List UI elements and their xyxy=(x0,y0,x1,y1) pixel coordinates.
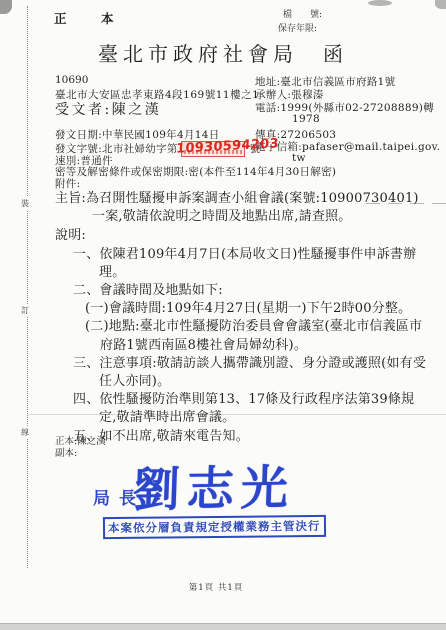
contact-phone: 電話:1999(外縣市02-27208889)轉 xyxy=(255,100,434,115)
item-text: 會議時間及地點如下: xyxy=(99,283,222,298)
doc-number-stamp: 10930594203 xyxy=(179,138,249,159)
item-text: 地點:臺北市性騷擾防治委員會會議室(臺北市信義區市府路1號西南區8樓社會局婦幼科… xyxy=(100,319,422,352)
scanned-letter-page: 裝 訂 線 正 本 檔 號: 保存年限: 臺北市政府社會局 函 10690 臺北… xyxy=(0,0,446,630)
file-number-label: 檔 號: xyxy=(283,7,322,20)
subject-label: 主旨: xyxy=(55,191,86,206)
list-item-5: 五、如不出席,敬請來電告知。 xyxy=(55,428,429,446)
letter-body: 主旨:為召開性騷擾申訴案調查小組會議(案號:10900730401)一案,敬請依… xyxy=(55,190,429,446)
item-label: 一、 xyxy=(73,247,99,262)
item-text: 如不出席,敬請來電告知。 xyxy=(99,429,249,444)
list-item-4: 四、依性騷擾防治準則第13、17條及行政程序法第39條規定,敬請準時出席會議。 xyxy=(55,391,429,427)
list-subitem-1: (一)會議時間:109年4月27日(星期一)下午2時00分整。 xyxy=(55,300,429,318)
retention-period-label: 保存年限: xyxy=(278,21,317,34)
attachment-label: 附件: xyxy=(55,176,80,191)
binding-mark-zhuang: 裝 xyxy=(21,197,29,210)
security-class: 密等及解密條件或保密期限:密(本件至114年4月30日解密) xyxy=(55,164,336,179)
contact-email: 電子信箱:pafaser@mail.taipei.gov. xyxy=(255,139,440,154)
contact-phone-continued: 1978 xyxy=(292,113,320,125)
distribution-copy: 副本: xyxy=(55,445,77,459)
scan-smudge xyxy=(0,0,12,14)
page-indicator: 第1頁 共1頁 xyxy=(0,581,432,593)
delegation-authority-stamp: 本案依分層負責規定授權業務主管決行 xyxy=(103,515,326,539)
subject-line: 主旨:為召開性騷擾申訴案調查小組會議(案號:10900730401)一案,敬請依… xyxy=(55,190,429,226)
item-text: 注意事項:敬請訪談人攜帶識別證、身分證或護照(如有受任人亦同)。 xyxy=(99,356,426,389)
recipient-postal-code: 10690 xyxy=(55,74,88,86)
item-label: (一) xyxy=(85,301,109,316)
list-item-1: 一、依陳君109年4月7日(本局收文日)性騷擾事件申訴書辦理。 xyxy=(55,246,429,282)
list-subitem-2: (二)地點:臺北市性騷擾防治委員會會議室(臺北市信義區市府路1號西南區8樓社會局… xyxy=(55,318,429,354)
signer-signature: 劉志光 xyxy=(132,451,296,521)
binding-mark-xian: 線 xyxy=(21,426,29,439)
item-label: (二) xyxy=(85,319,109,334)
contact-email-continued: tw xyxy=(292,152,306,164)
copy-type-label: 正 本 xyxy=(54,9,125,27)
item-label: 四、 xyxy=(73,392,99,407)
item-label: 三、 xyxy=(73,356,99,371)
description-heading: 說明: xyxy=(55,227,429,245)
scan-smudge xyxy=(368,0,392,6)
subject-text: 為召開性騷擾申訴案調查小組會議(案號:10900730401)一案,敬請依說明之… xyxy=(86,191,419,224)
item-text: 依陳君109年4月7日(本局收文日)性騷擾事件申訴書辦理。 xyxy=(99,247,416,280)
document-title: 臺北市政府社會局 函 xyxy=(0,38,446,67)
recipient-name-line: 受文者:陳之漢 xyxy=(55,99,161,119)
list-item-2: 二、會議時間及地點如下: xyxy=(55,282,429,300)
binding-mark-ding: 訂 xyxy=(21,304,29,317)
scan-edge-band xyxy=(0,623,446,630)
item-label: 二、 xyxy=(73,283,99,298)
scan-smudge xyxy=(435,0,446,9)
binding-dotted-line xyxy=(27,6,28,568)
list-item-3: 三、注意事項:敬請訪談人攜帶識別證、身分證或護照(如有受任人亦同)。 xyxy=(55,355,429,391)
item-text: 會議時間:109年4月27日(星期一)下午2時00分整。 xyxy=(109,301,412,316)
item-text: 依性騷擾防治準則第13、17條及行政程序法第39條規定,敬請準時出席會議。 xyxy=(99,392,414,425)
